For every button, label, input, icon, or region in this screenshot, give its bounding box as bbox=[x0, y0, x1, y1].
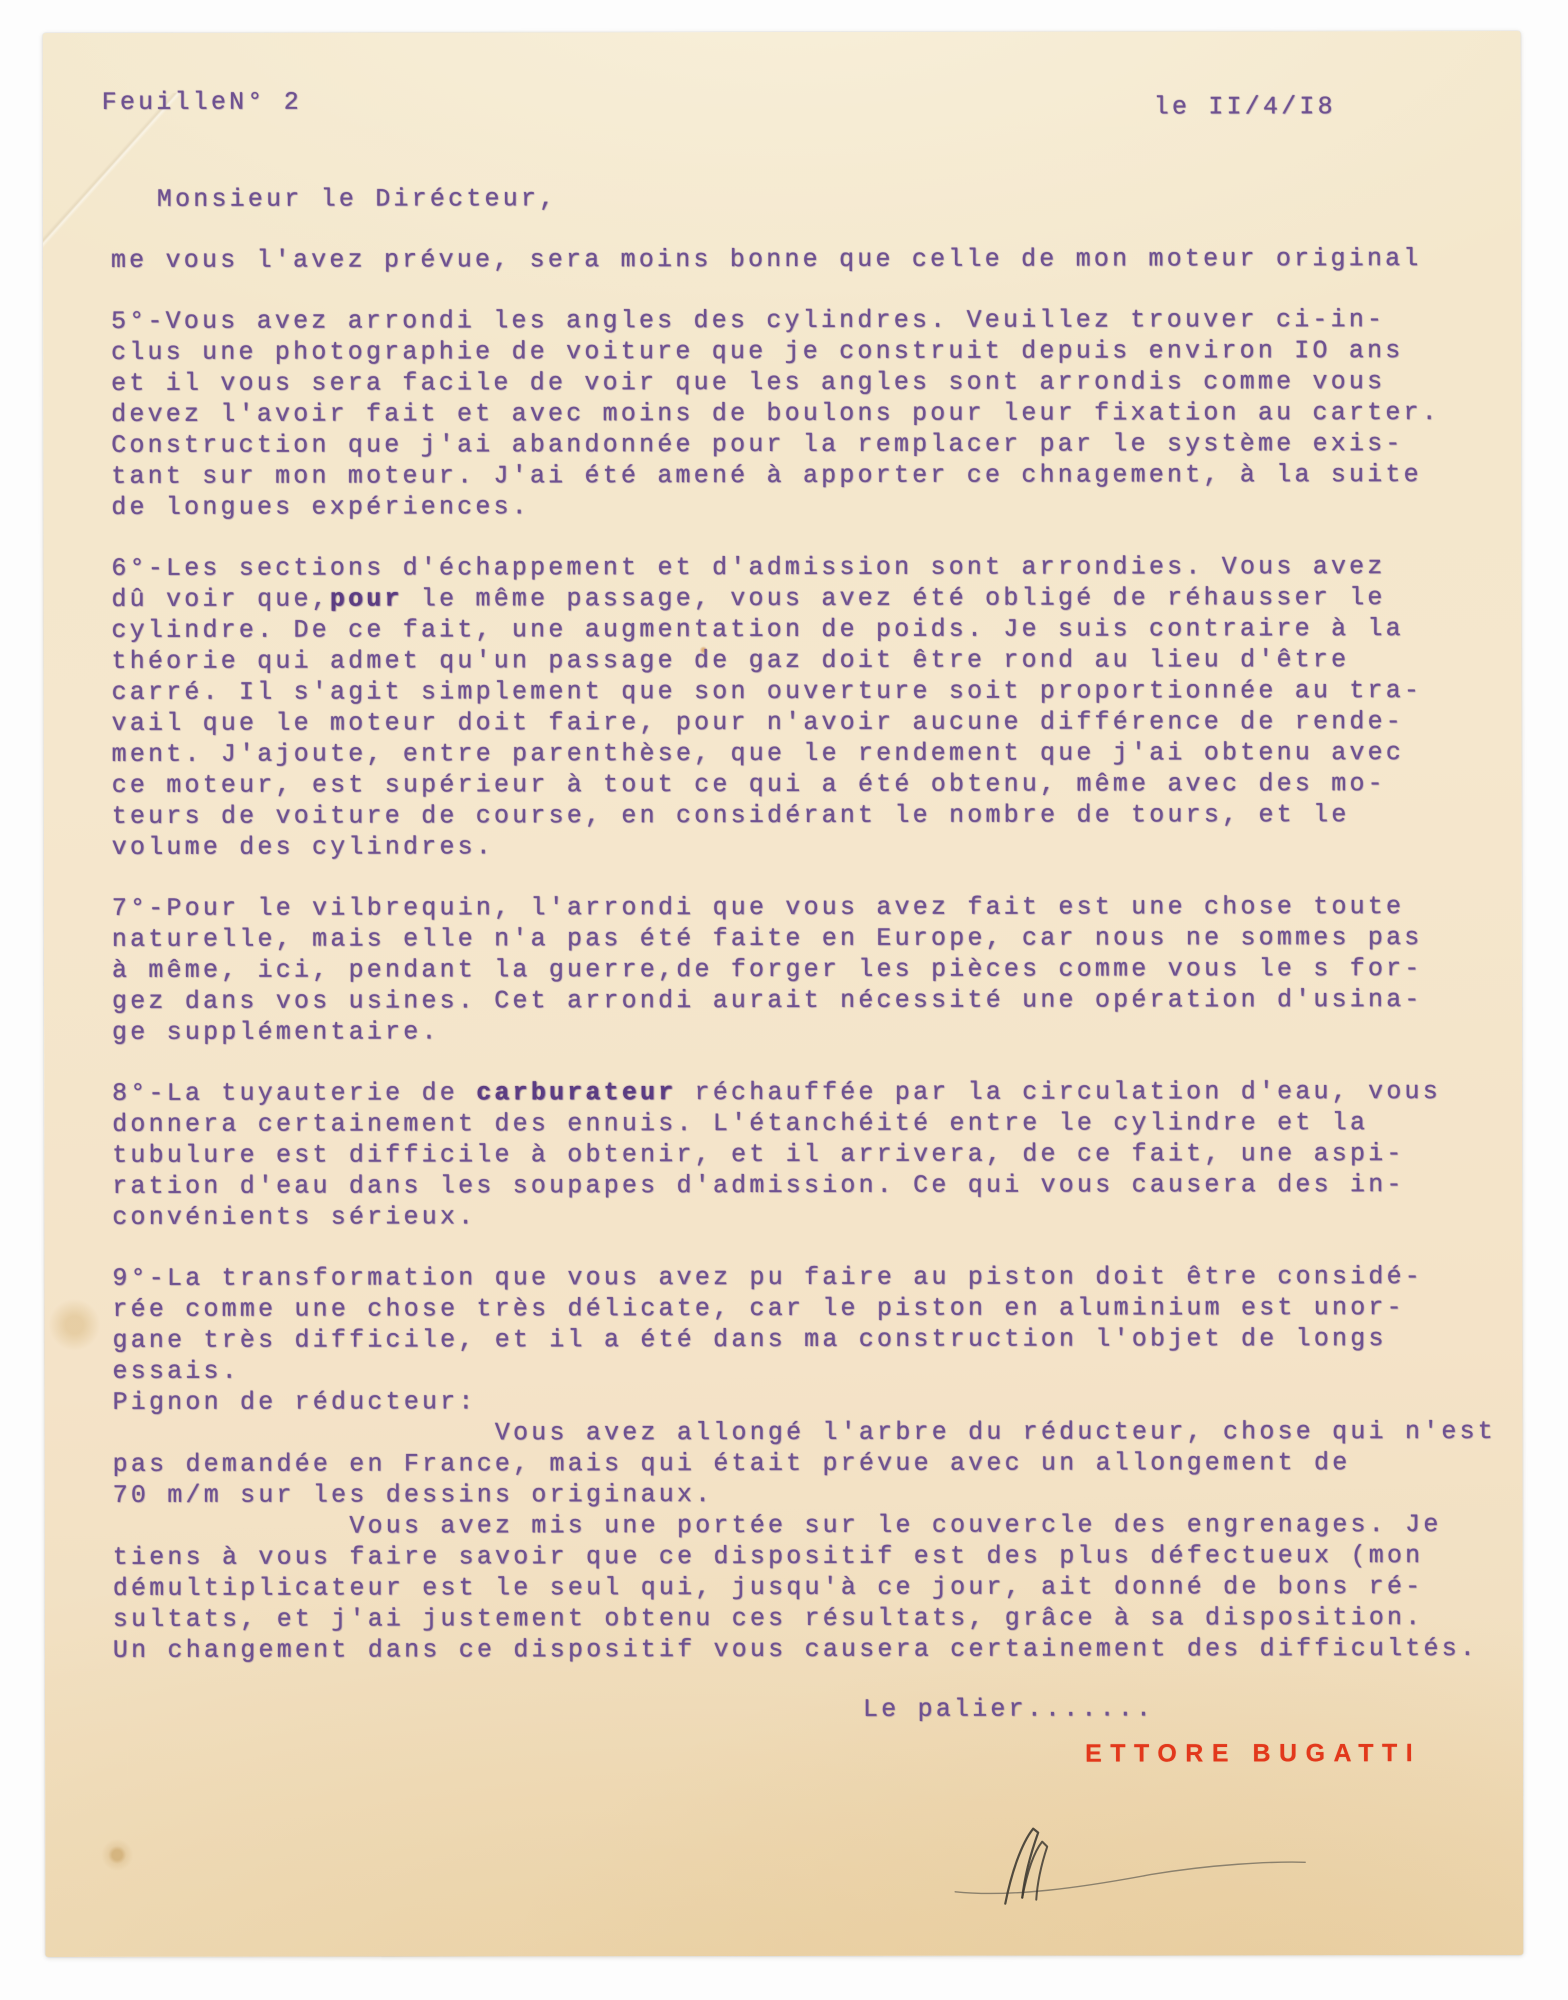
text-line: et il vous sera facile de voir que les a… bbox=[111, 366, 1521, 399]
text-line: à même, ici, pendant la guerre,de forger… bbox=[112, 953, 1522, 986]
text-line: 7°-Pour le vilbrequin, l'arrondi que vou… bbox=[112, 891, 1522, 924]
overtyped-word: carburateur bbox=[476, 1078, 676, 1107]
text-line: carré. Il s'agit simplement que son ouve… bbox=[112, 675, 1522, 708]
text-line: ment. J'ajoute, entre parenthèse, que le… bbox=[112, 737, 1522, 770]
text-line: cylindre. De ce fait, une augmentation d… bbox=[111, 613, 1521, 646]
letter-date: le II/4/I8 bbox=[1154, 91, 1336, 122]
text-line: vail que le moteur doit faire, pour n'av… bbox=[112, 706, 1522, 739]
salutation: Monsieur le Dirécteur, bbox=[157, 182, 1521, 215]
letter-body: me vous l'avez prévue, sera moins bonne … bbox=[43, 243, 1523, 1666]
text-line: gez dans vos usines. Cet arrondi aurait … bbox=[112, 984, 1522, 1017]
text-line: volume des cylindres. bbox=[112, 830, 1522, 863]
scanned-letter-screenshot: { "letter": { "sheet_label": "FeuilleN° … bbox=[0, 0, 1568, 2000]
sheet-number-label: FeuilleN° 2 bbox=[102, 87, 302, 118]
text-line: tubulure est difficile à obtenir, et il … bbox=[112, 1138, 1522, 1171]
text-line: dû voir que,pour le même passage, vous a… bbox=[111, 582, 1521, 615]
text-line: tiens à vous faire savoir que ce disposi… bbox=[113, 1540, 1523, 1573]
text-line: Un changement dans ce dispositif vous ca… bbox=[113, 1633, 1523, 1666]
text-line: tant sur mon moteur. J'ai été amené à ap… bbox=[111, 459, 1521, 492]
paragraph: me vous l'avez prévue, sera moins bonne … bbox=[111, 243, 1521, 276]
text-line: clus une photographie de voiture que je … bbox=[111, 335, 1521, 368]
text-line: ration d'eau dans les soupapes d'admissi… bbox=[112, 1169, 1522, 1202]
printed-signature-name: ETTORE BUGATTI bbox=[1085, 1739, 1523, 1769]
text-line: devez l'avoir fait et avec moins de boul… bbox=[111, 397, 1521, 430]
overtyped-word: pour bbox=[330, 585, 403, 614]
text-line: teurs de voiture de course, en considéra… bbox=[112, 799, 1522, 832]
text-line: de longues expériences. bbox=[111, 490, 1521, 523]
text-line: convénients sérieux. bbox=[112, 1200, 1522, 1233]
text-line: Construction que j'ai abandonnée pour la… bbox=[111, 428, 1521, 461]
text-line: 6°-Les sections d'échappement et d'admis… bbox=[111, 551, 1521, 584]
text-line: ge supplémentaire. bbox=[112, 1015, 1522, 1048]
paragraph: 6°-Les sections d'échappement et d'admis… bbox=[111, 551, 1521, 863]
text-line: me vous l'avez prévue, sera moins bonne … bbox=[111, 243, 1521, 276]
letter-header: FeuilleN° 2 le II/4/I8 bbox=[43, 85, 1521, 118]
text-line: sultats, et j'ai justement obtenu ces ré… bbox=[113, 1602, 1523, 1635]
text-line: Vous avez mis une portée sur le couvercl… bbox=[113, 1509, 1523, 1542]
paragraph: 8°-La tuyauterie de carburateur réchauff… bbox=[112, 1076, 1522, 1233]
text-line: 9°-La transformation que vous avez pu fa… bbox=[112, 1261, 1522, 1294]
paragraph: 7°-Pour le vilbrequin, l'arrondi que vou… bbox=[112, 891, 1522, 1048]
text-line: démultiplicateur est le seul qui, jusqu'… bbox=[113, 1571, 1523, 1604]
text-line: donnera certainement des ennuis. L'étanc… bbox=[112, 1107, 1522, 1140]
text-line: rée comme une chose très délicate, car l… bbox=[112, 1292, 1522, 1325]
text-line: naturelle, mais elle n'a pas été faite e… bbox=[112, 922, 1522, 955]
text-line: 8°-La tuyauterie de carburateur réchauff… bbox=[112, 1076, 1522, 1109]
letter-page: FeuilleN° 2 le II/4/I8 Monsieur le Diréc… bbox=[43, 31, 1524, 1957]
text-line: Pignon de réducteur: bbox=[113, 1385, 1523, 1418]
text-line: théorie qui admet qu'un passage de gaz d… bbox=[112, 644, 1522, 677]
paragraph: 9°-La transformation que vous avez pu fa… bbox=[112, 1261, 1523, 1666]
text-line: pas demandée en France, mais qui était p… bbox=[113, 1447, 1523, 1480]
text-line: essais. bbox=[113, 1354, 1523, 1387]
pencil-signature-icon bbox=[941, 1821, 1321, 1937]
text-line: 5°-Vous avez arrondi les angles des cyli… bbox=[111, 304, 1521, 337]
closing-line: Le palier....... bbox=[863, 1693, 1523, 1725]
text-line: Vous avez allongé l'arbre du réducteur, … bbox=[113, 1416, 1523, 1449]
text-line: gane très difficile, et il a été dans ma… bbox=[112, 1323, 1522, 1356]
paragraph: 5°-Vous avez arrondi les angles des cyli… bbox=[111, 304, 1521, 523]
text-line: 70 m/m sur les dessins originaux. bbox=[113, 1478, 1523, 1511]
text-line: ce moteur, est supérieur à tout ce qui a… bbox=[112, 768, 1522, 801]
